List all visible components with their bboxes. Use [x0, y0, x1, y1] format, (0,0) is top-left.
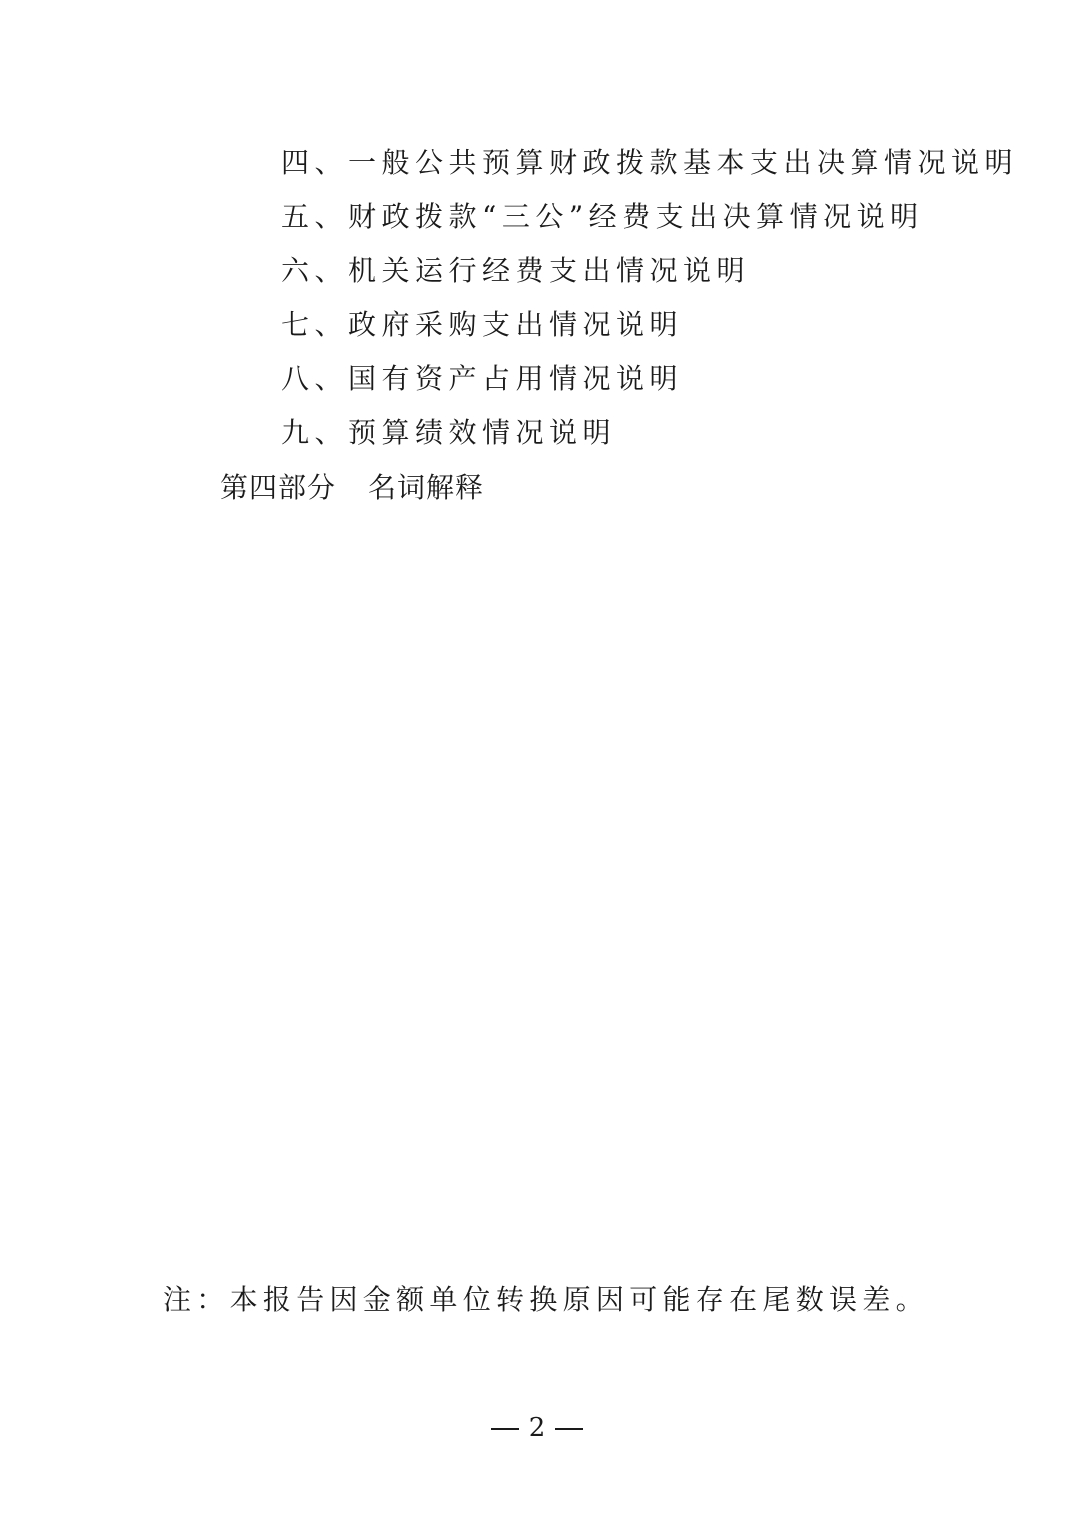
- toc-item-8: 八、国有资产占用情况说明: [281, 359, 683, 399]
- footnote: 注：本报告因金额单位转换原因可能存在尾数误差。: [163, 1280, 929, 1320]
- toc-item-9: 九、预算绩效情况说明: [281, 413, 616, 453]
- part-title: 名词解释: [368, 471, 484, 504]
- toc-item-6: 六、机关运行经费支出情况说明: [281, 251, 750, 291]
- section-heading-part4: 第四部分名词解释: [220, 468, 484, 508]
- toc-item-5: 五、财政拨款“三公”经费支出决算情况说明: [281, 197, 924, 237]
- toc-item-7: 七、政府采购支出情况说明: [281, 305, 683, 345]
- toc-item-4: 四、一般公共预算财政拨款基本支出决算情况说明: [281, 143, 1018, 183]
- page-number-footer: 2: [0, 1408, 1074, 1448]
- page-dash-right: [555, 1428, 583, 1430]
- part-number: 第四部分: [220, 471, 336, 504]
- page-dash-left: [491, 1428, 519, 1430]
- page-number: 2: [529, 1413, 546, 1443]
